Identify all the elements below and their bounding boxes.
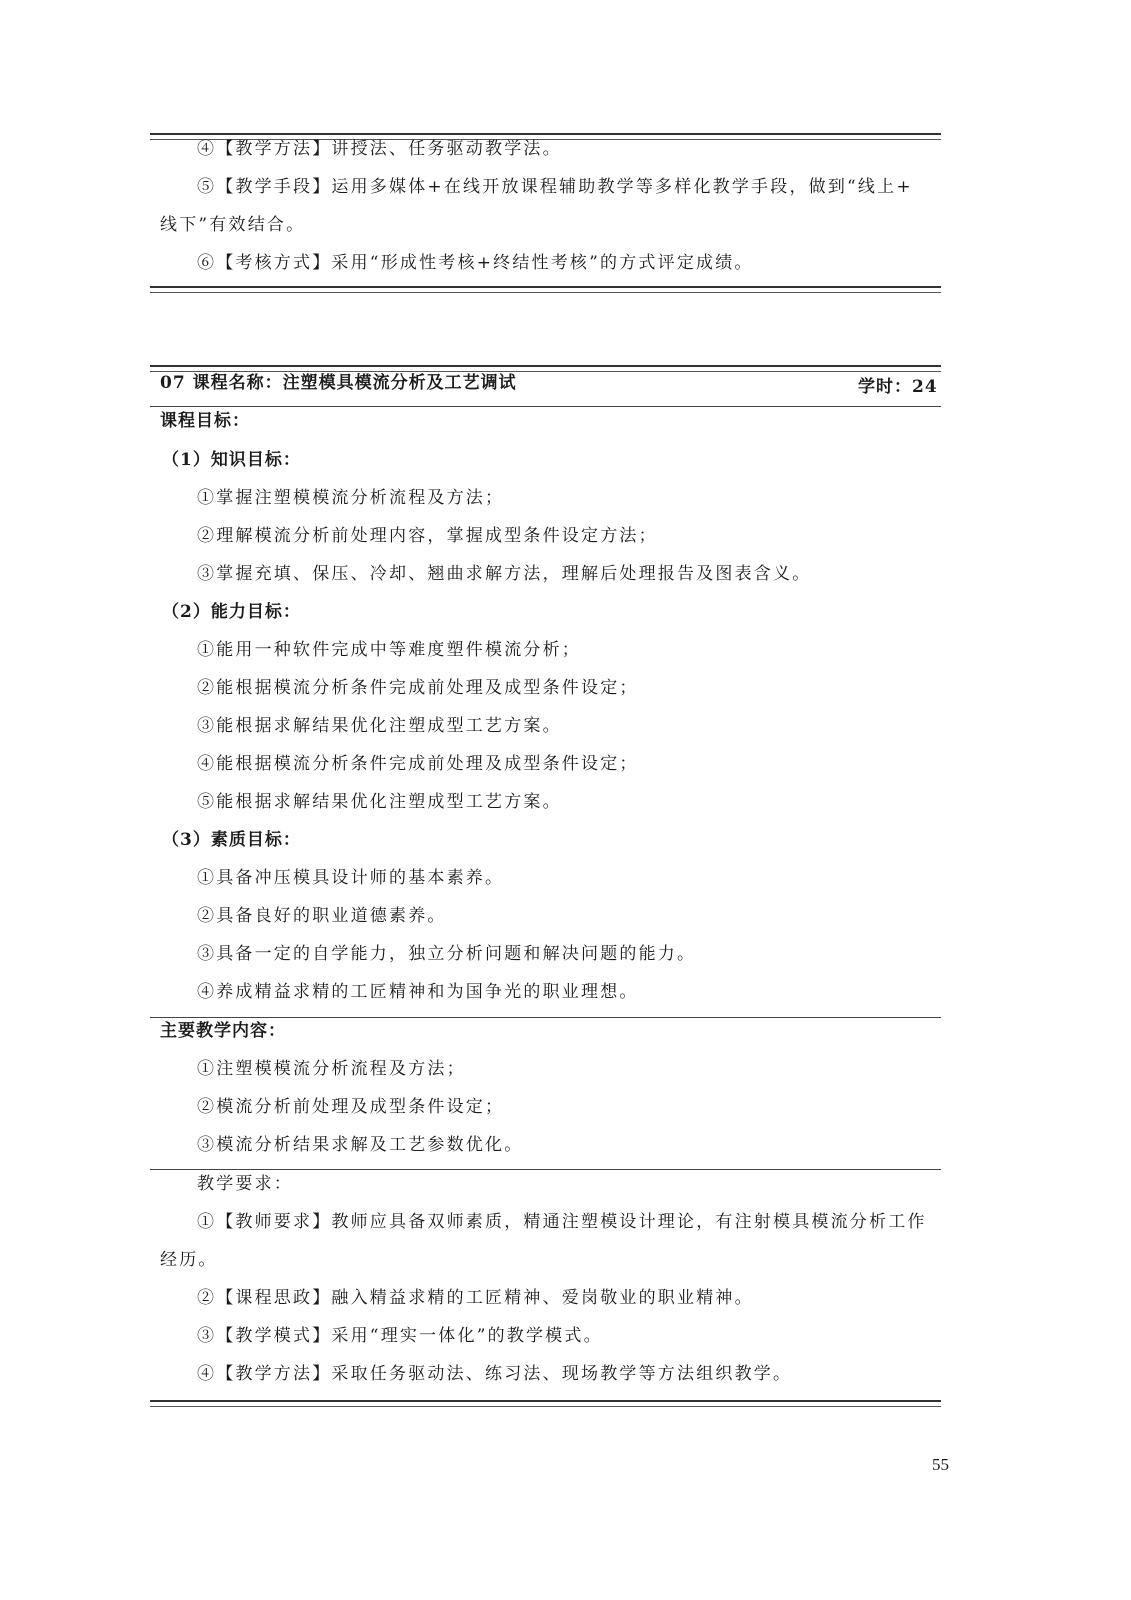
objectives-heading: 课程目标： [160, 410, 250, 432]
ability-heading: （2）能力目标： [162, 601, 301, 623]
requirements-divider [150, 1169, 941, 1170]
knowledge-item: ②理解模流分析前处理内容，掌握成型条件设定方法； [197, 525, 658, 547]
table-bottom-rule [150, 286, 941, 293]
knowledge-item: ③掌握充填、保压、冷却、翘曲求解方法，理解后处理报告及图表含义。 [197, 563, 811, 585]
ability-item: ②能根据模流分析条件完成前处理及成型条件设定； [197, 677, 639, 699]
content-item: ③模流分析结果求解及工艺参数优化。 [197, 1134, 523, 1156]
requirement-line: 经历。 [160, 1249, 218, 1271]
ability-item: ③能根据求解结果优化注塑成型工艺方案。 [197, 715, 562, 737]
title-divider [150, 406, 941, 407]
requirement-line: ①【教师要求】教师应具备双师素质，精通注塑模设计理论，有注射模具模流分析工作 [197, 1211, 927, 1233]
content-divider [150, 1017, 941, 1018]
prev-line: ④【教学方法】讲授法、任务驱动教学法。 [197, 138, 562, 160]
content-item: ①注塑模模流分析流程及方法； [197, 1058, 466, 1080]
quality-item: ④养成精益求精的工匠精神和为国争光的职业理想。 [197, 981, 639, 1003]
prev-line: ⑤【教学手段】运用多媒体+在线开放课程辅助教学等多样化教学手段，做到“线上+ [197, 176, 913, 198]
ability-item: ①能用一种软件完成中等难度塑件模流分析； [197, 639, 581, 661]
content-heading: 主要教学内容： [160, 1020, 286, 1042]
quality-item: ③具备一定的自学能力，独立分析问题和解决问题的能力。 [197, 943, 696, 965]
requirement-line: ③【教学模式】采用“理实一体化”的教学模式。 [197, 1325, 603, 1347]
requirements-heading: 教学要求： [197, 1173, 293, 1195]
requirement-line: ②【课程思政】融入精益求精的工匠精神、爱岗敬业的职业精神。 [197, 1287, 754, 1309]
ability-item: ④能根据模流分析条件完成前处理及成型条件设定； [197, 753, 639, 775]
quality-item: ②具备良好的职业道德素养。 [197, 905, 447, 927]
page-number: 55 [932, 1455, 949, 1475]
ability-item: ⑤能根据求解结果优化注塑成型工艺方案。 [197, 791, 562, 813]
quality-heading: （3）素质目标： [162, 829, 301, 851]
prev-line: 线下”有效结合。 [160, 214, 305, 236]
course-bottom-rule [150, 1400, 941, 1407]
knowledge-heading: （1）知识目标： [162, 449, 301, 471]
knowledge-item: ①掌握注塑模模流分析流程及方法； [197, 487, 504, 509]
document-page: ④【教学方法】讲授法、任务驱动教学法。 ⑤【教学手段】运用多媒体+在线开放课程辅… [0, 0, 1131, 1600]
content-item: ②模流分析前处理及成型条件设定； [197, 1096, 504, 1118]
course-title: 07 课程名称：注塑模具模流分析及工艺调试 [160, 372, 517, 394]
requirement-line: ④【教学方法】采取任务驱动法、练习法、现场教学等方法组织教学。 [197, 1363, 792, 1385]
course-hours: 学时：24 [858, 372, 938, 397]
quality-item: ①具备冲压模具设计师的基本素养。 [197, 867, 504, 889]
course-top-rule [150, 365, 941, 372]
prev-line: ⑥【考核方式】采用“形成性考核+终结性考核”的方式评定成绩。 [197, 252, 754, 274]
